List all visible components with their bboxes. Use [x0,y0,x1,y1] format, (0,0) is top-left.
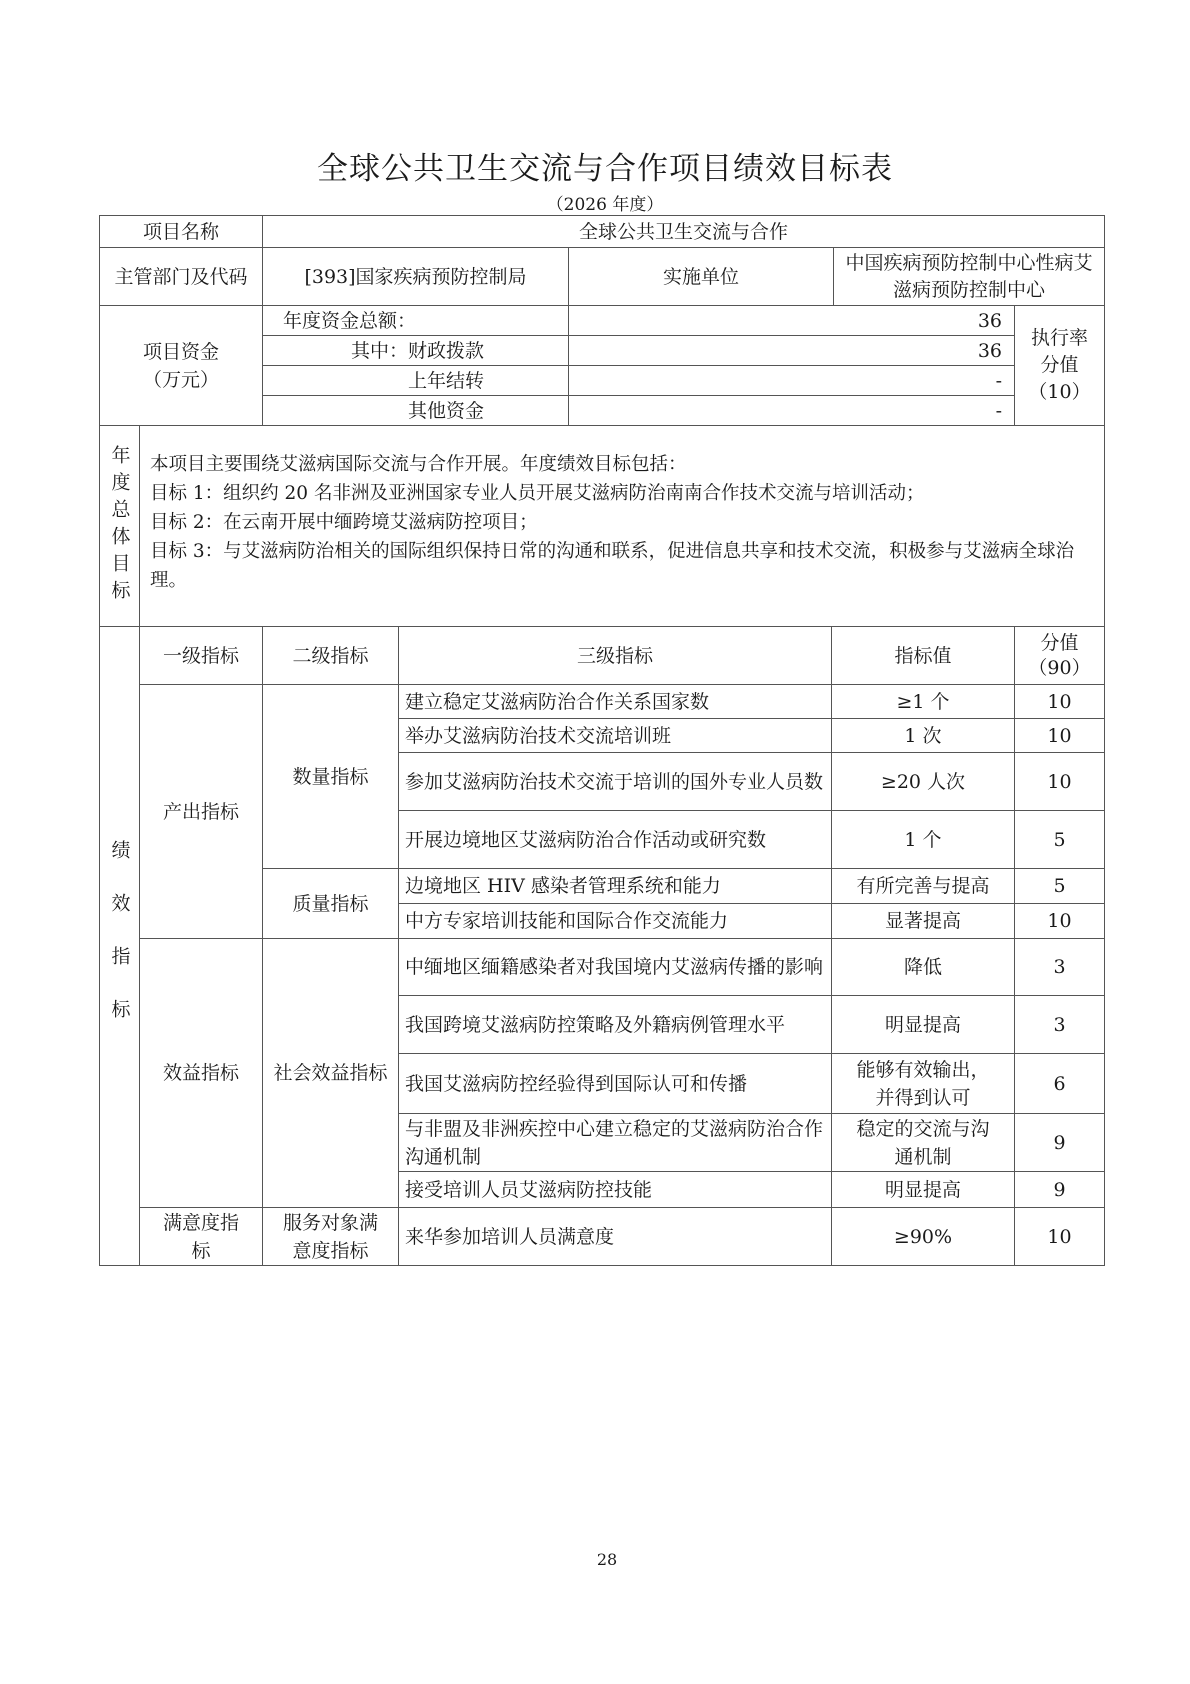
page-number: 28 [0,1550,1190,1569]
funding-fiscal-label: 其中：财政拨款 [263,336,569,366]
level3-cell: 我国跨境艾滋病防控策略及外籍病例管理水平 [399,996,832,1054]
level1-satisfaction: 满意度指标 [140,1208,263,1266]
header-score-line1: 分值 [1021,631,1098,656]
level3-cell: 参加艾滋病防治技术交流于培训的国外专业人员数 [399,753,832,811]
exec-rate-line1: 执行率 [1021,325,1098,352]
value-cell: 明显提高 [832,996,1015,1054]
indicators-header-row: 绩效指标 一级指标 二级指标 三级指标 指标值 分值 （90） [100,627,1105,685]
level3-cell: 接受培训人员艾滋病防控技能 [399,1172,832,1208]
score-cell: 6 [1015,1054,1105,1114]
header-score: 分值 （90） [1015,627,1105,685]
score-cell: 10 [1015,1208,1105,1266]
value-cell: 稳定的交流与沟通机制 [832,1114,1015,1172]
value-cell: 降低 [832,939,1015,996]
funding-row-total: 项目资金 （万元） 年度资金总额： 36 执行率 分值 （10） [100,306,1105,336]
level3-cell: 边境地区 HIV 感染者管理系统和能力 [399,869,832,904]
annual-goals-table: 年度总体目标 本项目主要围绕艾滋病国际交流与合作开展。年度绩效目标包括： 目标 … [99,425,1105,627]
exec-rate-label: 执行率 分值 （10） [1015,306,1105,426]
level3-cell: 开展边境地区艾滋病防治合作活动或研究数 [399,811,832,869]
level2-service-satisfaction: 服务对象满意度指标 [263,1208,399,1266]
value-cell: ≥90% [832,1208,1015,1266]
funding-label-line2: （万元） [106,366,256,394]
value-cell: 显著提高 [832,904,1015,939]
funding-total-label: 年度资金总额： [263,306,569,336]
value-cell: 能够有效输出，并得到认可 [832,1054,1015,1114]
level3-cell: 我国艾滋病防控经验得到国际认可和传播 [399,1054,832,1114]
document-subtitle: （2026 年度） [0,190,1190,215]
header-score-line2: （90） [1021,656,1098,681]
implementer-label: 实施单位 [569,248,834,306]
funding-other-label: 其他资金 [263,396,569,426]
score-cell: 9 [1015,1114,1105,1172]
department-row: 主管部门及代码 [393]国家疾病预防控制局 实施单位 中国疾病预防控制中心性病… [100,248,1105,306]
indicators-section-label: 绩效指标 [100,627,140,1266]
table-row: 满意度指标 服务对象满意度指标 来华参加培训人员满意度 ≥90% 10 [100,1208,1105,1266]
goal-1: 目标 1：组织约 20 名非洲及亚洲国家专业人员开展艾滋病防治南南合作技术交流与… [150,479,1094,508]
level3-cell: 中缅地区缅籍感染者对我国境内艾滋病传播的影响 [399,939,832,996]
value-cell: 1 个 [832,811,1015,869]
score-cell: 10 [1015,904,1105,939]
value-cell: 1 次 [832,719,1015,753]
exec-rate-line2: 分值 [1021,352,1098,379]
level3-cell: 中方专家培训技能和国际合作交流能力 [399,904,832,939]
value-cell: ≥1 个 [832,685,1015,719]
funding-label: 项目资金 （万元） [100,306,263,426]
score-cell: 9 [1015,1172,1105,1208]
funding-total-value: 36 [569,306,1015,336]
annual-goals-row: 年度总体目标 本项目主要围绕艾滋病国际交流与合作开展。年度绩效目标包括： 目标 … [100,426,1105,627]
level1-benefit: 效益指标 [140,939,263,1208]
goal-intro: 本项目主要围绕艾滋病国际交流与合作开展。年度绩效目标包括： [150,450,1094,479]
funding-carryover-value: - [569,366,1015,396]
level2-quality: 质量指标 [263,869,399,939]
table-row: 产出指标 数量指标 建立稳定艾滋病防治合作关系国家数 ≥1 个 10 [100,685,1105,719]
value-cell: ≥20 人次 [832,753,1015,811]
project-name-value: 全球公共卫生交流与合作 [263,216,1105,248]
level3-cell: 来华参加培训人员满意度 [399,1208,832,1266]
document-title: 全球公共卫生交流与合作项目绩效目标表 [0,143,1190,188]
header-value: 指标值 [832,627,1015,685]
goal-2: 目标 2：在云南开展中缅跨境艾滋病防控项目； [150,508,1094,537]
department-value: [393]国家疾病预防控制局 [263,248,569,306]
score-cell: 3 [1015,996,1105,1054]
level1-output: 产出指标 [140,685,263,939]
funding-other-value: - [569,396,1015,426]
score-cell: 10 [1015,719,1105,753]
funding-carryover-label: 上年结转 [263,366,569,396]
score-cell: 5 [1015,811,1105,869]
annual-goals-label: 年度总体目标 [100,426,140,627]
score-cell: 3 [1015,939,1105,996]
level2-quantity: 数量指标 [263,685,399,869]
header-level2: 二级指标 [263,627,399,685]
level2-social-benefit: 社会效益指标 [263,939,399,1208]
department-label: 主管部门及代码 [100,248,263,306]
level3-cell: 建立稳定艾滋病防治合作关系国家数 [399,685,832,719]
level3-cell: 举办艾滋病防治技术交流培训班 [399,719,832,753]
table-row: 效益指标 社会效益指标 中缅地区缅籍感染者对我国境内艾滋病传播的影响 降低 3 [100,939,1105,996]
funding-fiscal-value: 36 [569,336,1015,366]
indicators-table: 绩效指标 一级指标 二级指标 三级指标 指标值 分值 （90） 产出指标 数量指… [99,626,1105,1266]
implementer-value: 中国疾病预防控制中心性病艾滋病预防控制中心 [834,248,1105,306]
exec-rate-line3: （10） [1021,379,1098,406]
project-name-label: 项目名称 [100,216,263,248]
funding-label-line1: 项目资金 [106,338,256,366]
score-cell: 5 [1015,869,1105,904]
score-cell: 10 [1015,685,1105,719]
value-cell: 有所完善与提高 [832,869,1015,904]
project-info-table: 项目名称 全球公共卫生交流与合作 主管部门及代码 [393]国家疾病预防控制局 … [99,215,1105,426]
header-level3: 三级指标 [399,627,832,685]
level3-cell: 与非盟及非洲疾控中心建立稳定的艾滋病防治合作沟通机制 [399,1114,832,1172]
annual-goals-content: 本项目主要围绕艾滋病国际交流与合作开展。年度绩效目标包括： 目标 1：组织约 2… [140,426,1105,627]
project-name-row: 项目名称 全球公共卫生交流与合作 [100,216,1105,248]
header-level1: 一级指标 [140,627,263,685]
goal-3: 目标 3：与艾滋病防治相关的国际组织保持日常的沟通和联系，促进信息共享和技术交流… [150,537,1094,595]
score-cell: 10 [1015,753,1105,811]
value-cell: 明显提高 [832,1172,1015,1208]
